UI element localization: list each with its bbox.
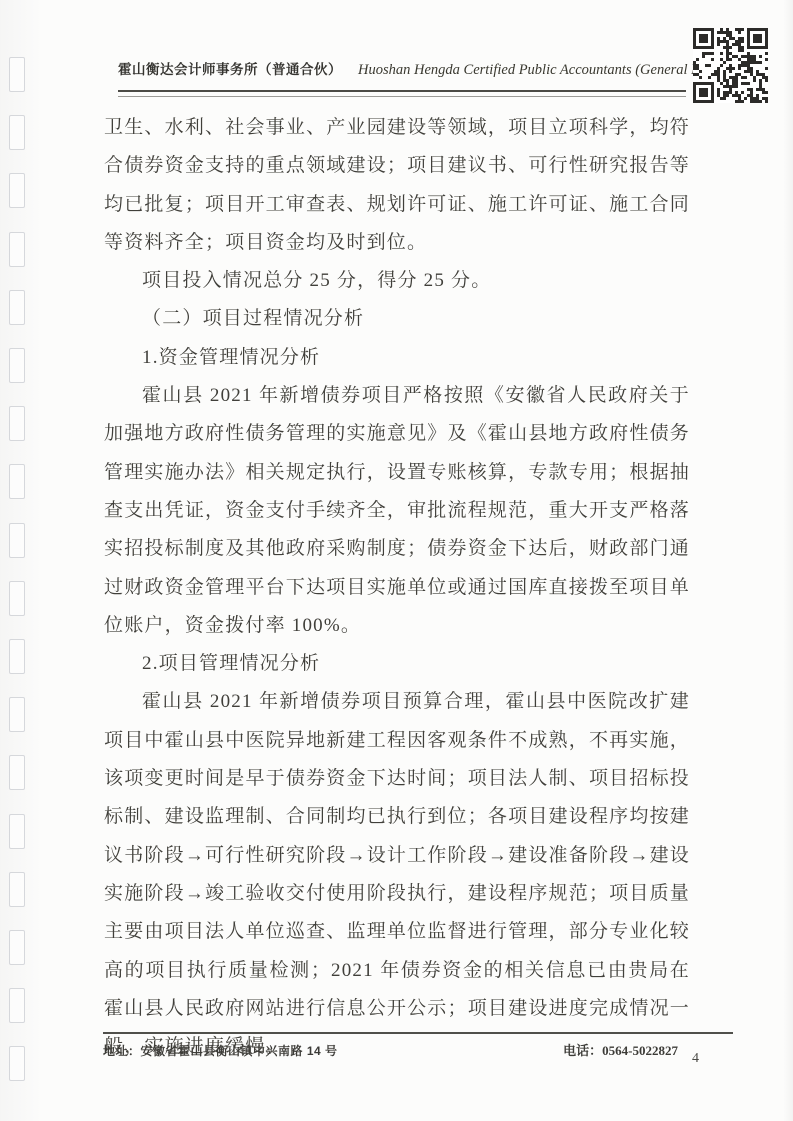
document-page: 霍山衡达会计师事务所（普通合伙）Huoshan Hengda Certified… (0, 0, 793, 1121)
report-body: 卫生、水利、社会事业、产业园建设等领域，项目立项科学，均符合债券资金支持的重点领… (104, 109, 690, 1066)
footer-rule (103, 1032, 733, 1034)
header-rule (118, 90, 686, 97)
binding-hole (9, 115, 25, 150)
binding-hole (9, 57, 25, 92)
binding-hole (9, 406, 25, 441)
binding-hole (9, 814, 25, 849)
binding-hole (9, 232, 25, 267)
binding-hole (9, 523, 25, 558)
paragraph: 霍山县 2021 年新增债券项目预算合理，霍山县中医院改扩建项目中霍山县中医院异… (104, 683, 690, 1066)
binding-hole (9, 930, 25, 965)
binding-hole (9, 988, 25, 1023)
binding-hole (9, 464, 25, 499)
section-heading: （二）项目过程情况分析 (104, 300, 690, 338)
letterhead: 霍山衡达会计师事务所（普通合伙）Huoshan Hengda Certified… (118, 58, 686, 79)
paragraph: 卫生、水利、社会事业、产业园建设等领域，项目立项科学，均符合债券资金支持的重点领… (104, 109, 690, 262)
binding-hole (9, 639, 25, 674)
binding-hole (9, 697, 25, 732)
page-number: 4 (692, 1051, 699, 1067)
page-footer: 地址：安徽省霍山县衡山镇中兴南路 14 号 电话：0564-5022827 (103, 1040, 678, 1059)
binding-hole (9, 872, 25, 907)
footer-phone: 电话：0564-5022827 (563, 1040, 678, 1059)
footer-address: 地址：安徽省霍山县衡山镇中兴南路 14 号 (103, 1042, 338, 1059)
binding-hole (9, 173, 25, 208)
binding-hole (9, 755, 25, 790)
sub-heading: 2.项目管理情况分析 (104, 645, 690, 683)
firm-name-chinese: 霍山衡达会计师事务所（普通合伙） (118, 62, 342, 77)
binding-hole (9, 1046, 25, 1081)
binding-hole (9, 581, 25, 616)
paragraph: 霍山县 2021 年新增债券项目严格按照《安徽省人民政府关于加强地方政府性债务管… (104, 377, 690, 645)
binding-hole (9, 290, 25, 325)
sub-heading: 1.资金管理情况分析 (104, 339, 690, 377)
paragraph: 项目投入情况总分 25 分，得分 25 分。 (104, 262, 690, 300)
binding-hole (9, 348, 25, 383)
qr-code (693, 28, 768, 103)
